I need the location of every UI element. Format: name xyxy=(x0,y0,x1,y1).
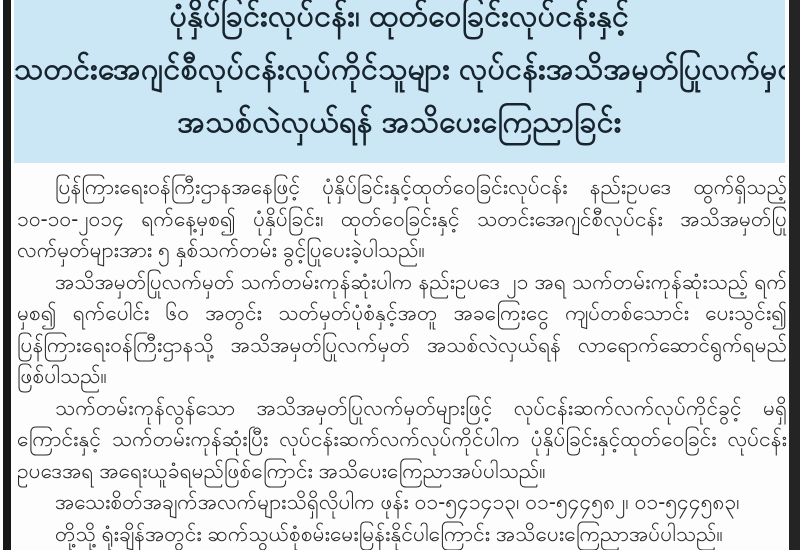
announcement-header: ပုံနှိပ်ခြင်းလုပ်ငန်း၊ ထုတ်ဝေခြင်းလုပ်ငန… xyxy=(14,0,785,163)
left-border-bar xyxy=(3,0,11,550)
title-line-3: အသစ်လဲလှယ်ရန် အသိပေးကြေညာခြင်း xyxy=(14,96,785,149)
clipped-last-line: တို့သို့ ရုံးချိန်အတွင်း ဆက်သွယ်စုံစမ်းမ… xyxy=(17,519,787,550)
announcement-title: ပုံနှိပ်ခြင်းလုပ်ငန်း၊ ထုတ်ဝေခြင်းလုပ်ငန… xyxy=(14,0,785,149)
body-paragraph-2: အသိအမှတ်ပြုလက်မှတ် သက်တမ်းကုန်ဆုံးပါက နည… xyxy=(17,267,787,393)
body-paragraph-3: သက်တမ်းကုန်လွန်သော အသိအမှတ်ပြုလက်မှတ်မျာ… xyxy=(17,393,787,488)
title-line-2: သတင်းအေဂျင်စီလုပ်ငန်းလုပ်ကိုင်သူများ လုပ… xyxy=(14,43,785,96)
body-paragraph-4: အသေးစိတ်အချက်အလက်များသိရှိလိုပါက ဖုန်း ၀… xyxy=(17,487,787,519)
announcement-body: ပြန်ကြားရေးဝန်ကြီးဌာနအနေဖြင့် ပုံနှိပ်ခြ… xyxy=(17,172,787,550)
title-line-1: ပုံနှိပ်ခြင်းလုပ်ငန်း၊ ထုတ်ဝေခြင်းလုပ်ငန… xyxy=(14,0,785,43)
right-border-bar xyxy=(789,0,800,550)
body-paragraph-1: ပြန်ကြားရေးဝန်ကြီးဌာနအနေဖြင့် ပုံနှိပ်ခြ… xyxy=(17,172,787,267)
document-page: ပုံနှိပ်ခြင်းလုပ်ငန်း၊ ထုတ်ဝေခြင်းလုပ်ငန… xyxy=(0,0,800,550)
